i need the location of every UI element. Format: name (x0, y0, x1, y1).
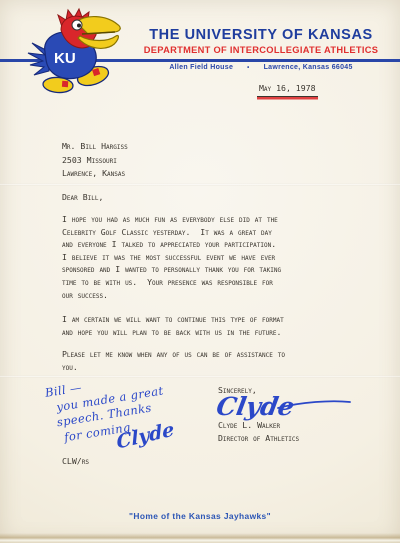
recipient-street: 2503 Missouri (62, 154, 128, 168)
sender-name: Clyde L. Walker (218, 419, 280, 432)
paper-fold-crease (0, 183, 400, 186)
typed-line: time to be with us. Your presence was re… (62, 276, 281, 289)
paper-fold-crease (0, 375, 400, 378)
letterhead-department: DEPARTMENT OF INTERCOLLEGIATE ATHLETICS (128, 45, 394, 55)
recipient-address-block: Mr. Bill Hargiss 2503 Missouri Lawrence,… (62, 140, 128, 181)
letter-page: KU THE UNIVERSITY OF KANSAS DEPARTMENT O… (0, 0, 400, 543)
salutation: Dear Bill, (62, 191, 103, 204)
recipient-name: Mr. Bill Hargiss (62, 140, 128, 154)
typed-line: and everyone I talked to appreciated you… (62, 238, 281, 251)
typed-line: our success. (62, 289, 281, 302)
typed-line: Celebrity Golf Classic yesterday. It was… (62, 226, 281, 239)
typed-line: and hope you will plan to be back with u… (62, 326, 284, 339)
jayhawk-icon: KU (16, 7, 134, 98)
letterhead-address-left: Allen Field House (169, 64, 233, 71)
letterhead-address-right: Lawrence, Kansas 66045 (264, 64, 353, 71)
bullet-icon: • (247, 65, 249, 71)
paper-bottom-edge (0, 533, 400, 543)
sender-title: Director of Athletics (218, 432, 299, 445)
typed-line: sponsored and I wanted to personally tha… (62, 263, 281, 276)
date-line: May 16, 1978 (257, 82, 318, 97)
body-paragraph-2: I am certain we will want to continue th… (62, 313, 284, 338)
letterhead: THE UNIVERSITY OF KANSAS DEPARTMENT OF I… (128, 27, 394, 71)
typist-initials: CLW/rs (62, 455, 89, 468)
typed-line: I believe it was the most successful eve… (62, 251, 281, 264)
typed-line: Please let me know when any of us can be… (62, 348, 285, 361)
recipient-city: Lawrence, Kansas (62, 167, 128, 181)
typed-line: I am certain we will want to continue th… (62, 313, 284, 326)
typed-line: I hope you had as much fun as everybody … (62, 213, 281, 226)
letterhead-address: Allen Field House • Lawrence, Kansas 660… (128, 64, 394, 71)
signature-text: Clyde (216, 391, 297, 421)
body-paragraph-1: I hope you had as much fun as everybody … (62, 213, 281, 301)
typed-line: you. (62, 361, 285, 374)
body-paragraph-3: Please let me know when any of us can be… (62, 348, 285, 373)
footer-motto: "Home of the Kansas Jayhawks" (0, 511, 400, 521)
letterhead-university: THE UNIVERSITY OF KANSAS (128, 27, 394, 43)
ku-jayhawk-logo: KU (16, 7, 134, 98)
logo-ku-text: KU (54, 50, 76, 67)
